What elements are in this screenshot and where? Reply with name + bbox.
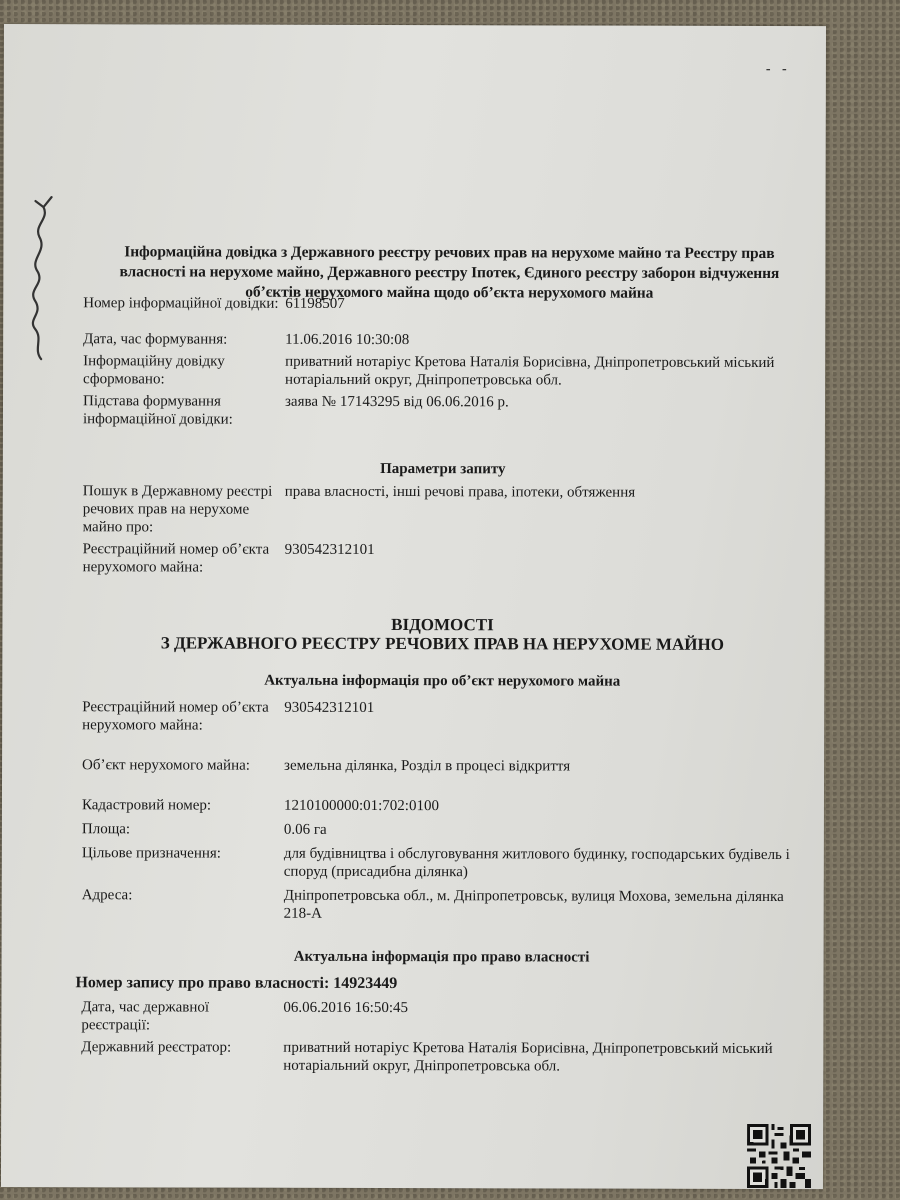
row-value: земельна ділянка, Розділ в процесі відкр…: [282, 757, 802, 798]
handwritten-signature-icon: [13, 189, 63, 364]
registry-heading-line2: З ДЕРЖАВНОГО РЕЄСТРУ РЕЧОВИХ ПРАВ НА НЕР…: [82, 633, 802, 654]
row-value: 0.06 га: [282, 821, 802, 846]
query-row: Пошук в Державному реєстрі речових прав …: [83, 482, 803, 542]
row-label: Номер інформаційної довідки:: [83, 294, 283, 331]
row-value: 06.06.2016 16:50:45: [281, 999, 801, 1040]
property-row: Цільове призначення: для будівництва і о…: [82, 844, 802, 888]
row-label: Адреса:: [82, 886, 282, 929]
section-heading: Актуальна інформація про об’єкт нерухомо…: [82, 672, 802, 700]
property-row: Об’єкт нерухомого майна: земельна ділянк…: [82, 756, 802, 798]
row-label: Цільове призначення:: [82, 844, 282, 887]
ownership-row: Дата, час державної реєстрації: 06.06.20…: [81, 998, 801, 1040]
property-row: Адреса: Дніпропетровська обл., м. Дніпро…: [82, 886, 802, 930]
row-label: Пошук в Державному реєстрі речових прав …: [83, 482, 283, 541]
row-label: Об’єкт нерухомого майна:: [82, 756, 282, 797]
section-heading: Параметри запиту: [83, 460, 803, 484]
row-label: Площа:: [82, 820, 282, 845]
ownership-row: Державний реєстратор: приватний нотаріус…: [81, 1038, 801, 1080]
row-label: Інформаційну довідку сформовано:: [83, 352, 283, 393]
row-label: Державний реєстратор:: [81, 1038, 281, 1079]
property-row: Площа: 0.06 га: [82, 820, 802, 846]
info-row: Інформаційну довідку сформовано: приватн…: [83, 352, 803, 394]
qr-code-icon: [747, 1122, 811, 1190]
registry-section: ВІДОМОСТІ З ДЕРЖАВНОГО РЕЄСТРУ РЕЧОВИХ П…: [82, 614, 802, 654]
ownership-info-section: Актуальна інформація про право власності…: [81, 948, 801, 1080]
registry-heading-line1: ВІДОМОСТІ: [82, 614, 802, 635]
property-row: Реєстраційний номер об’єкта нерухомого м…: [82, 698, 802, 758]
row-value: приватний нотаріус Кретова Наталія Борис…: [283, 353, 803, 394]
query-params-section: Параметри запиту Пошук в Державному реєс…: [82, 460, 802, 600]
property-row: Кадастровий номер: 1210100000:01:702:010…: [82, 796, 802, 822]
row-value: 61198507: [283, 295, 803, 332]
row-label: Підстава формування інформаційної довідк…: [83, 392, 283, 433]
section-heading: Актуальна інформація про право власності: [82, 948, 802, 976]
info-section: Номер інформаційної довідки: 61198507 Да…: [83, 294, 803, 434]
property-info-section: Актуальна інформація про об’єкт нерухомо…: [82, 672, 803, 930]
row-value: Дніпропетровська обл., м. Дніпропетровсь…: [282, 887, 802, 930]
row-label: Реєстраційний номер об’єкта нерухомого м…: [82, 540, 282, 599]
info-row: Дата, час формування: 11.06.2016 10:30:0…: [83, 330, 803, 354]
row-label: Дата, час формування:: [83, 330, 283, 353]
ownership-record-number: Номер запису про право власності: 149234…: [75, 974, 801, 1000]
row-value: заява № 17143295 від 06.06.2016 р.: [283, 393, 803, 434]
row-label: Реєстраційний номер об’єкта нерухомого м…: [82, 698, 282, 757]
row-value: 11.06.2016 10:30:08: [283, 331, 803, 354]
row-label: Кадастровий номер:: [82, 796, 282, 821]
row-label: Дата, час державної реєстрації:: [81, 998, 281, 1039]
row-value: для будівництва і обслуговування житлово…: [282, 845, 802, 888]
info-row: Підстава формування інформаційної довідк…: [83, 392, 803, 434]
row-value: 1210100000:01:702:0100: [282, 797, 802, 822]
info-row: Номер інформаційної довідки: 61198507: [83, 294, 803, 332]
corner-mark: - -: [766, 62, 791, 78]
row-value: 930542312101: [282, 699, 802, 758]
row-value: 930542312101: [282, 541, 802, 600]
query-row: Реєстраційний номер об’єкта нерухомого м…: [82, 540, 802, 600]
document-page: - - Інформаційна довідка з Державного ре…: [1, 24, 826, 1189]
row-value: права власності, інші речові права, іпот…: [283, 483, 803, 542]
row-value: приватний нотаріус Кретова Наталія Борис…: [281, 1039, 801, 1080]
